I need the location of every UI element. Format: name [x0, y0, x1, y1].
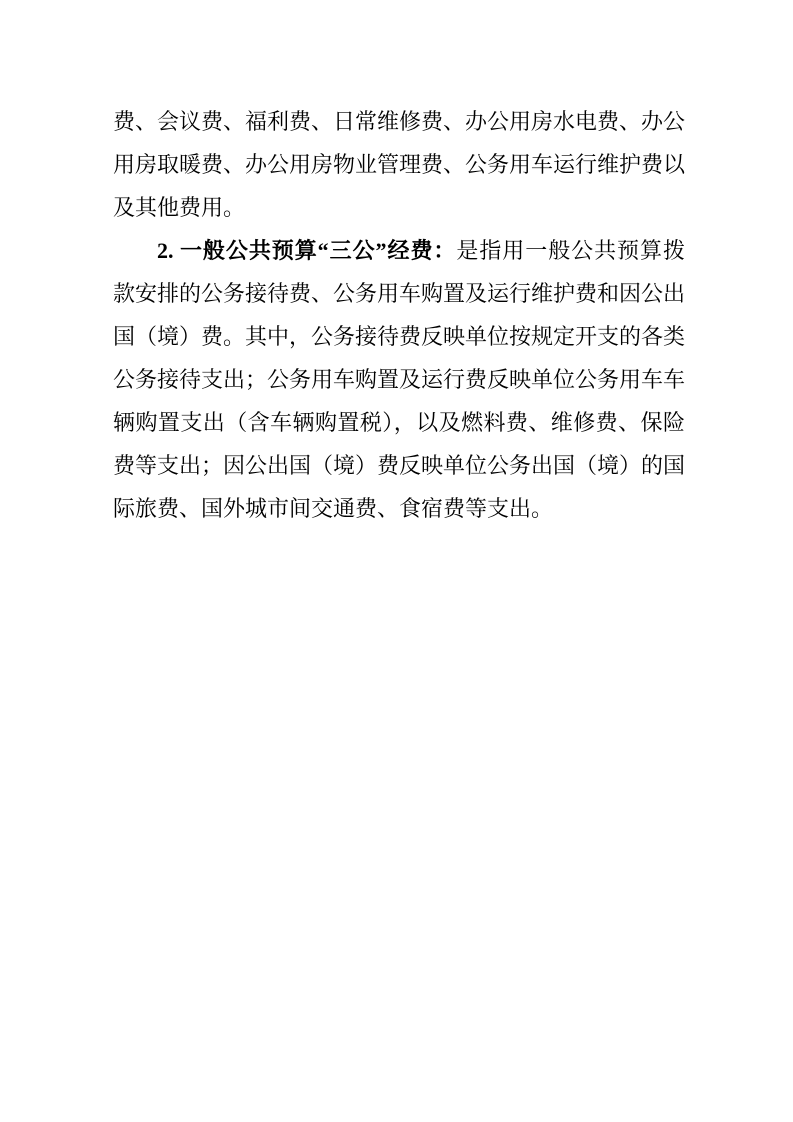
- term-definition-text: 是指用一般公共预算拨款安排的公务接待费、公务用车购置及运行维护费和因公出国（境）…: [113, 238, 685, 521]
- document-page: 费、会议费、福利费、日常维修费、办公用房水电费、办公用房取暖费、办公用房物业管理…: [0, 0, 793, 1122]
- term-label-bold: 2. 一般公共预算“三公”经费：: [157, 238, 456, 263]
- document-text-block: 费、会议费、福利费、日常维修费、办公用房水电费、办公用房取暖费、办公用房物业管理…: [113, 100, 685, 530]
- paragraph-three-public-funds-definition: 2. 一般公共预算“三公”经费：是指用一般公共预算拨款安排的公务接待费、公务用车…: [113, 229, 685, 530]
- paragraph-fee-list-continuation: 费、会议费、福利费、日常维修费、办公用房水电费、办公用房取暖费、办公用房物业管理…: [113, 100, 685, 229]
